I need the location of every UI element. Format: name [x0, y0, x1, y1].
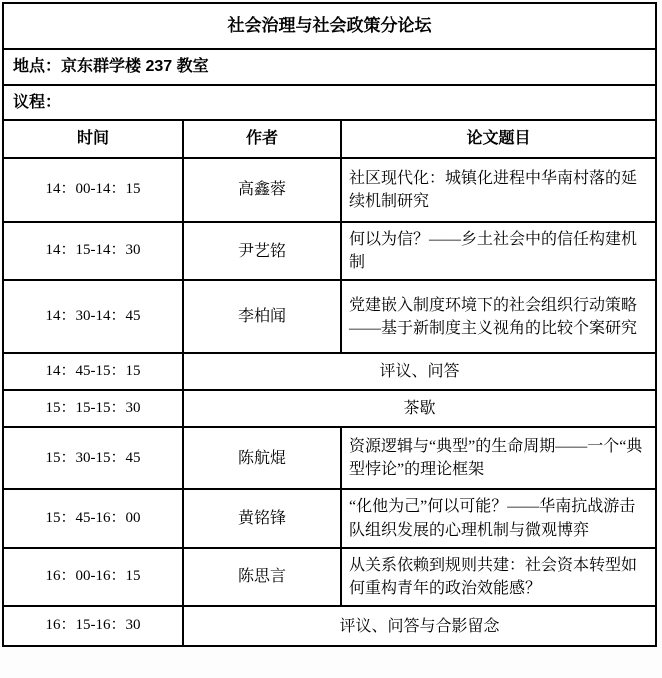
paper-title-cell: 社区现代化：城镇化进程中华南村落的延续机制研究: [341, 158, 656, 222]
author-cell: 陈思言: [183, 548, 341, 606]
schedule-row-merged: 16：15-16：30 评议、问答与合影留念: [3, 606, 656, 646]
time-cell: 14：00-14：15: [3, 158, 183, 222]
time-cell: 15：15-15：30: [3, 390, 183, 427]
schedule-row: 15：30-15：45 陈航焜 资源逻辑与“典型”的生命周期——一个“典型悖论”…: [3, 427, 656, 489]
paper-title-cell: “化他为己”何以可能？——华南抗战游击队组织发展的心理机制与微观博弈: [341, 489, 656, 547]
column-header-time: 时间: [3, 120, 183, 158]
schedule-row-merged: 15：15-15：30 茶歇: [3, 390, 656, 427]
agenda-label: 议程：: [3, 85, 656, 120]
column-header-paper: 论文题目: [341, 120, 656, 158]
time-cell: 14：15-14：30: [3, 222, 183, 280]
column-header-row: 时间 作者 论文题目: [3, 120, 656, 158]
author-cell: 陈航焜: [183, 427, 341, 489]
author-cell: 尹艺铭: [183, 222, 341, 280]
session-activity-cell: 评议、问答: [183, 353, 656, 390]
schedule-row: 15：45-16：00 黄铭锋 “化他为己”何以可能？——华南抗战游击队组织发展…: [3, 489, 656, 547]
author-cell: 高鑫蓉: [183, 158, 341, 222]
time-cell: 16：00-16：15: [3, 548, 183, 606]
time-cell: 14：30-14：45: [3, 280, 183, 353]
time-cell: 15：45-16：00: [3, 489, 183, 547]
forum-title: 社会治理与社会政策分论坛: [3, 3, 656, 49]
location-row: 地点：京东群学楼 237 教室: [3, 49, 656, 85]
schedule-row: 14：15-14：30 尹艺铭 何以为信？——乡土社会中的信任构建机制: [3, 222, 656, 280]
column-header-author: 作者: [183, 120, 341, 158]
author-cell: 黄铭锋: [183, 489, 341, 547]
schedule-row: 14：00-14：15 高鑫蓉 社区现代化：城镇化进程中华南村落的延续机制研究: [3, 158, 656, 222]
location-text: 地点：京东群学楼 237 教室: [3, 49, 656, 85]
time-cell: 14：45-15：15: [3, 353, 183, 390]
schedule-row-merged: 14：45-15：15 评议、问答: [3, 353, 656, 390]
author-cell: 李柏闻: [183, 280, 341, 353]
paper-title-cell: 何以为信？——乡土社会中的信任构建机制: [341, 222, 656, 280]
agenda-row: 议程：: [3, 85, 656, 120]
session-activity-cell: 评议、问答与合影留念: [183, 606, 656, 646]
forum-schedule-table: 社会治理与社会政策分论坛 地点：京东群学楼 237 教室 议程： 时间 作者 论…: [2, 2, 657, 647]
session-activity-cell: 茶歇: [183, 390, 656, 427]
time-cell: 16：15-16：30: [3, 606, 183, 646]
paper-title-cell: 资源逻辑与“典型”的生命周期——一个“典型悖论”的理论框架: [341, 427, 656, 489]
paper-title-cell: 党建嵌入制度环境下的社会组织行动策略——基于新制度主义视角的比较个案研究: [341, 280, 656, 353]
time-cell: 15：30-15：45: [3, 427, 183, 489]
schedule-row: 16：00-16：15 陈思言 从关系依赖到规则共建：社会资本转型如何重构青年的…: [3, 548, 656, 606]
schedule-row: 14：30-14：45 李柏闻 党建嵌入制度环境下的社会组织行动策略——基于新制…: [3, 280, 656, 353]
paper-title-cell: 从关系依赖到规则共建：社会资本转型如何重构青年的政治效能感？: [341, 548, 656, 606]
forum-title-row: 社会治理与社会政策分论坛: [3, 3, 656, 49]
